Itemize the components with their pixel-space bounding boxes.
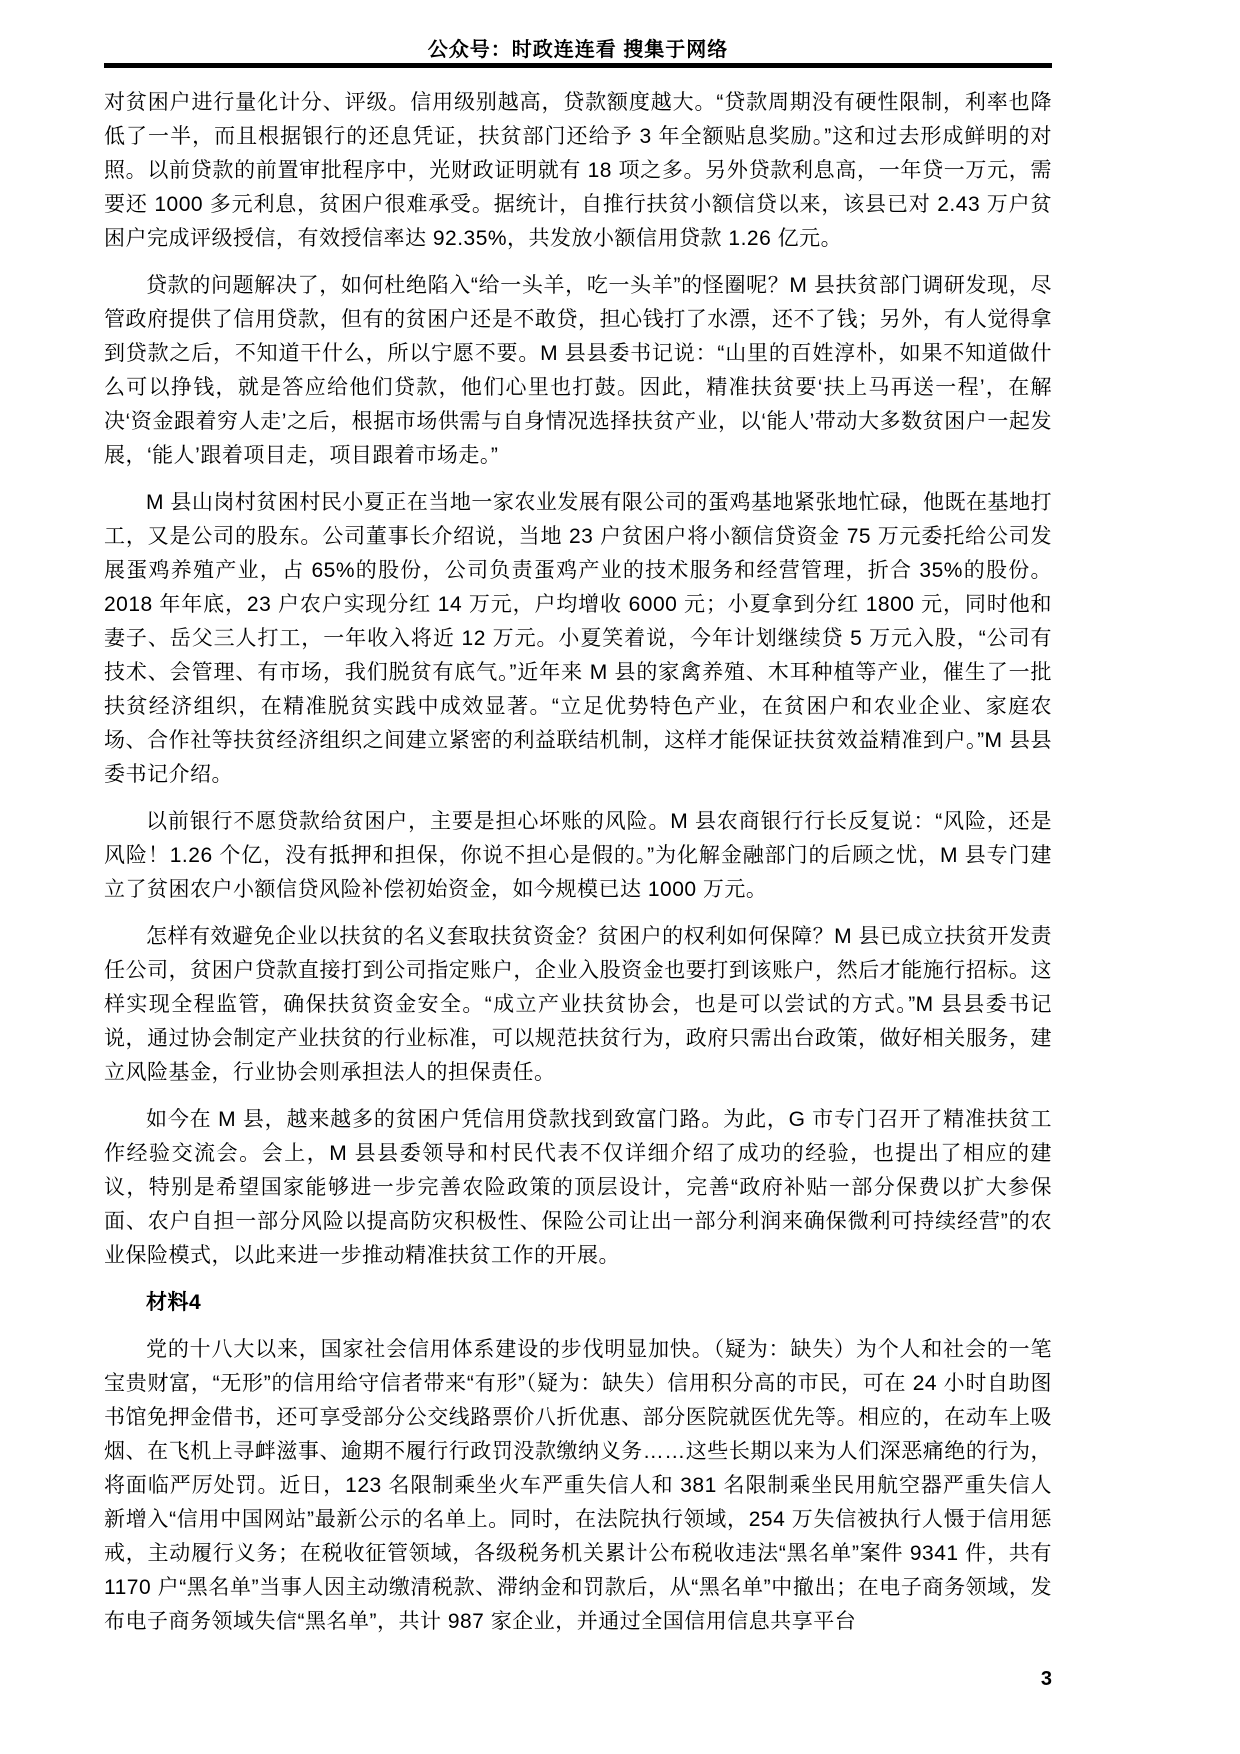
header-rule xyxy=(104,63,1052,68)
document-page: 公众号：时政连连看 搜集于网络 对贫困户进行量化计分、评级。信用级别越高，贷款额… xyxy=(0,0,1240,1754)
paragraph: 贷款的问题解决了，如何杜绝陷入“给一头羊，吃一头羊”的怪圈呢？M 县扶贫部门调研… xyxy=(104,269,1052,473)
header-title: 公众号：时政连连看 搜集于网络 xyxy=(104,38,1052,62)
paragraph: 如今在 M 县，越来越多的贫困户凭信用贷款找到致富门路。为此，G 市专门召开了精… xyxy=(104,1103,1052,1273)
paragraph: 以前银行不愿贷款给贫困户，主要是担心坏账的风险。M 县农商银行行长反复说：“风险… xyxy=(104,805,1052,907)
paragraph: 怎样有效避免企业以扶贫的名义套取扶贫资金？贫困户的权利如何保障？M 县已成立扶贫… xyxy=(104,920,1052,1090)
paragraph: M 县山岗村贫困村民小夏正在当地一家农业发展有限公司的蛋鸡基地紧张地忙碌，他既在… xyxy=(104,486,1052,792)
paragraph-continuation: 对贫困户进行量化计分、评级。信用级别越高，贷款额度越大。“贷款周期没有硬性限制，… xyxy=(104,86,1052,256)
section-heading-material-4: 材料4 xyxy=(104,1286,1052,1320)
document-body: 对贫困户进行量化计分、评级。信用级别越高，贷款额度越大。“贷款周期没有硬性限制，… xyxy=(104,86,1052,1652)
page-number: 3 xyxy=(104,1668,1052,1691)
paragraph: 党的十八大以来，国家社会信用体系建设的步伐明显加快。（疑为：缺失）为个人和社会的… xyxy=(104,1333,1052,1639)
page-header: 公众号：时政连连看 搜集于网络 xyxy=(104,38,1052,62)
